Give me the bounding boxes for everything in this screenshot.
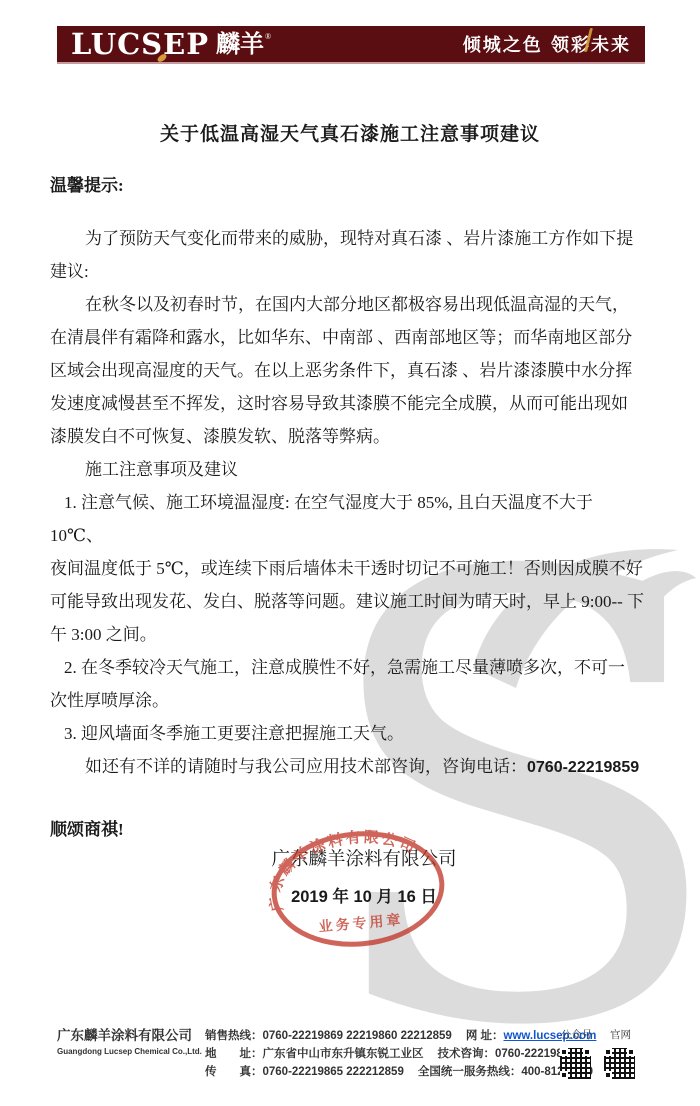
qr-wechat-label: 公众号 bbox=[560, 1028, 593, 1042]
consult-line: 如还有不详的请随时与我公司应用技术部咨询，咨询电话：0760-22219859 bbox=[50, 750, 650, 784]
brand-slogan: 倾城之色 领彩未来 bbox=[463, 31, 631, 57]
stamp-ring-text: 广东麟羊涂料有限公司 bbox=[261, 823, 425, 913]
registered-mark: ® bbox=[265, 32, 271, 41]
address-label: 地 址： bbox=[205, 1048, 263, 1060]
footer-row-3: 传 真：0760-22219865 222212859全国统一服务热线：400-… bbox=[205, 1063, 596, 1081]
consult-phone: 0760-22219859 bbox=[527, 759, 639, 776]
sales-label: 销售热线： bbox=[205, 1030, 263, 1042]
company-stamp: 广东麟羊涂料有限公司 业务专用章 bbox=[261, 820, 455, 958]
wechat-qr-code-icon bbox=[560, 1048, 591, 1079]
letter-body: 关于低温高湿天气真石漆施工注意事项建议 温馨提示: 为了预防天气变化而带来的威胁… bbox=[50, 112, 650, 846]
footer-row-1: 销售热线：0760-22219869 22219860 22212859网 址：… bbox=[205, 1027, 596, 1045]
list-item-1: 1. 注意气候、施工环境温湿度: 在空气湿度大于 85%, 且白天温度不大于 1… bbox=[50, 486, 650, 651]
logo-text-cn: 麟羊 bbox=[216, 32, 264, 56]
paragraph-1: 为了预防天气变化而带来的威胁，现特对真石漆 、岩片漆施工方作如下提 建议: bbox=[50, 222, 650, 288]
slogan-text: 倾城之色 领彩未来 bbox=[463, 35, 631, 56]
hotline-label: 全国统一服务热线： bbox=[418, 1066, 522, 1078]
paragraph-line: 在秋冬以及初春时节，在国内大部分地区都极容易出现低温高湿的天气， bbox=[50, 288, 650, 321]
section-heading: 施工注意事项及建议 bbox=[50, 453, 650, 486]
svg-text:广东麟羊涂料有限公司: 广东麟羊涂料有限公司 bbox=[261, 823, 425, 913]
paragraph-line: 2. 在冬季较冷天气施工，注意成膜性不好，急需施工尽量薄喷多次，不可一 bbox=[50, 651, 650, 684]
web-label: 网 址： bbox=[466, 1030, 504, 1042]
footer-company-en: Guangdong Lucsep Chemical Co.,Ltd. bbox=[57, 1045, 199, 1059]
paragraph-line: 1. 注意气候、施工环境温湿度: 在空气湿度大于 85%, 且白天温度不大于 1… bbox=[50, 486, 650, 552]
qr-item-website: 官网 bbox=[604, 1028, 637, 1079]
paragraph-line: 次性厚喷厚涂。 bbox=[50, 684, 650, 717]
sales-numbers: 0760-22219869 22219860 22212859 bbox=[263, 1030, 452, 1042]
address-value: 广东省中山市东升镇东锐工业区 bbox=[263, 1048, 424, 1060]
qr-website-label: 官网 bbox=[604, 1028, 637, 1042]
footer-row-2: 地 址：广东省中山市东升镇东锐工业区技术咨询：0760-22219859 bbox=[205, 1045, 596, 1063]
paragraph-line: 为了预防天气变化而带来的威胁，现特对真石漆 、岩片漆施工方作如下提 bbox=[50, 222, 650, 255]
paragraph-line: 可能导致出现发花、发白、脱落等问题。建议施工时间为晴天时，早上 9:00-- 下 bbox=[50, 585, 650, 618]
paragraph-line: 夜间温度低于 5℃，或连续下雨后墙体未干透时切记不可施工！否则因成膜不好 bbox=[50, 552, 650, 585]
website-qr-code-icon bbox=[604, 1048, 635, 1079]
tech-label: 技术咨询： bbox=[438, 1048, 496, 1060]
footer-company: 广东麟羊涂料有限公司 Guangdong Lucsep Chemical Co.… bbox=[57, 1027, 199, 1081]
qr-code-block: 公众号 官网 bbox=[560, 1028, 637, 1079]
page-title: 关于低温高湿天气真石漆施工注意事项建议 bbox=[50, 118, 650, 151]
paragraph-line: 午 3:00 之间。 bbox=[50, 618, 650, 651]
list-item-2: 2. 在冬季较冷天气施工，注意成膜性不好，急需施工尽量薄喷多次，不可一 次性厚喷… bbox=[50, 651, 650, 717]
paragraph-line: 区域会出现高湿度的天气。在以上恶劣条件下，真石漆 、岩片漆漆膜中水分挥 bbox=[50, 354, 650, 387]
brand-header-bar: LUCSEP 麟羊 ® 倾城之色 领彩未来 bbox=[57, 26, 645, 64]
fax-numbers: 0760-22219865 222212859 bbox=[263, 1066, 404, 1078]
fax-label: 传 真： bbox=[205, 1066, 263, 1078]
stamp-bottom-text: 业务专用章 bbox=[318, 911, 404, 935]
paragraph-line: 发速度减慢甚至不挥发，这时容易导致其漆膜不能完全成膜，从而可能出现如 bbox=[50, 387, 650, 420]
logo-text-en: LUCSEP bbox=[71, 30, 209, 59]
lucsep-logo: LUCSEP 麟羊 ® bbox=[71, 30, 271, 59]
consult-text: 如还有不详的请随时与我公司应用技术部咨询，咨询电话： bbox=[85, 757, 527, 776]
qr-item-wechat: 公众号 bbox=[560, 1028, 593, 1079]
paragraph-2: 在秋冬以及初春时节，在国内大部分地区都极容易出现低温高湿的天气， 在清晨伴有霜降… bbox=[50, 288, 650, 453]
document-page: S LUCSEP 麟羊 ® 倾城之色 领彩未来 关于低温高湿天气真石漆施工注意事… bbox=[0, 0, 700, 1106]
tip-label: 温馨提示: bbox=[50, 169, 650, 202]
paragraph-line: 在清晨伴有霜降和露水，比如华东、中南部 、西南部地区等；而华南地区部分 bbox=[50, 321, 650, 354]
paragraph-line: 建议: bbox=[50, 255, 650, 288]
paragraph-line: 漆膜发白不可恢复、漆膜发软、脱落等弊病。 bbox=[50, 420, 650, 453]
footer-company-cn: 广东麟羊涂料有限公司 bbox=[57, 1027, 199, 1045]
footer-rows: 销售热线：0760-22219869 22219860 22212859网 址：… bbox=[205, 1027, 596, 1081]
list-item-3: 3. 迎风墙面冬季施工更要注意把握施工天气。 bbox=[50, 717, 650, 750]
footer-contact-block: 广东麟羊涂料有限公司 Guangdong Lucsep Chemical Co.… bbox=[57, 1027, 562, 1081]
